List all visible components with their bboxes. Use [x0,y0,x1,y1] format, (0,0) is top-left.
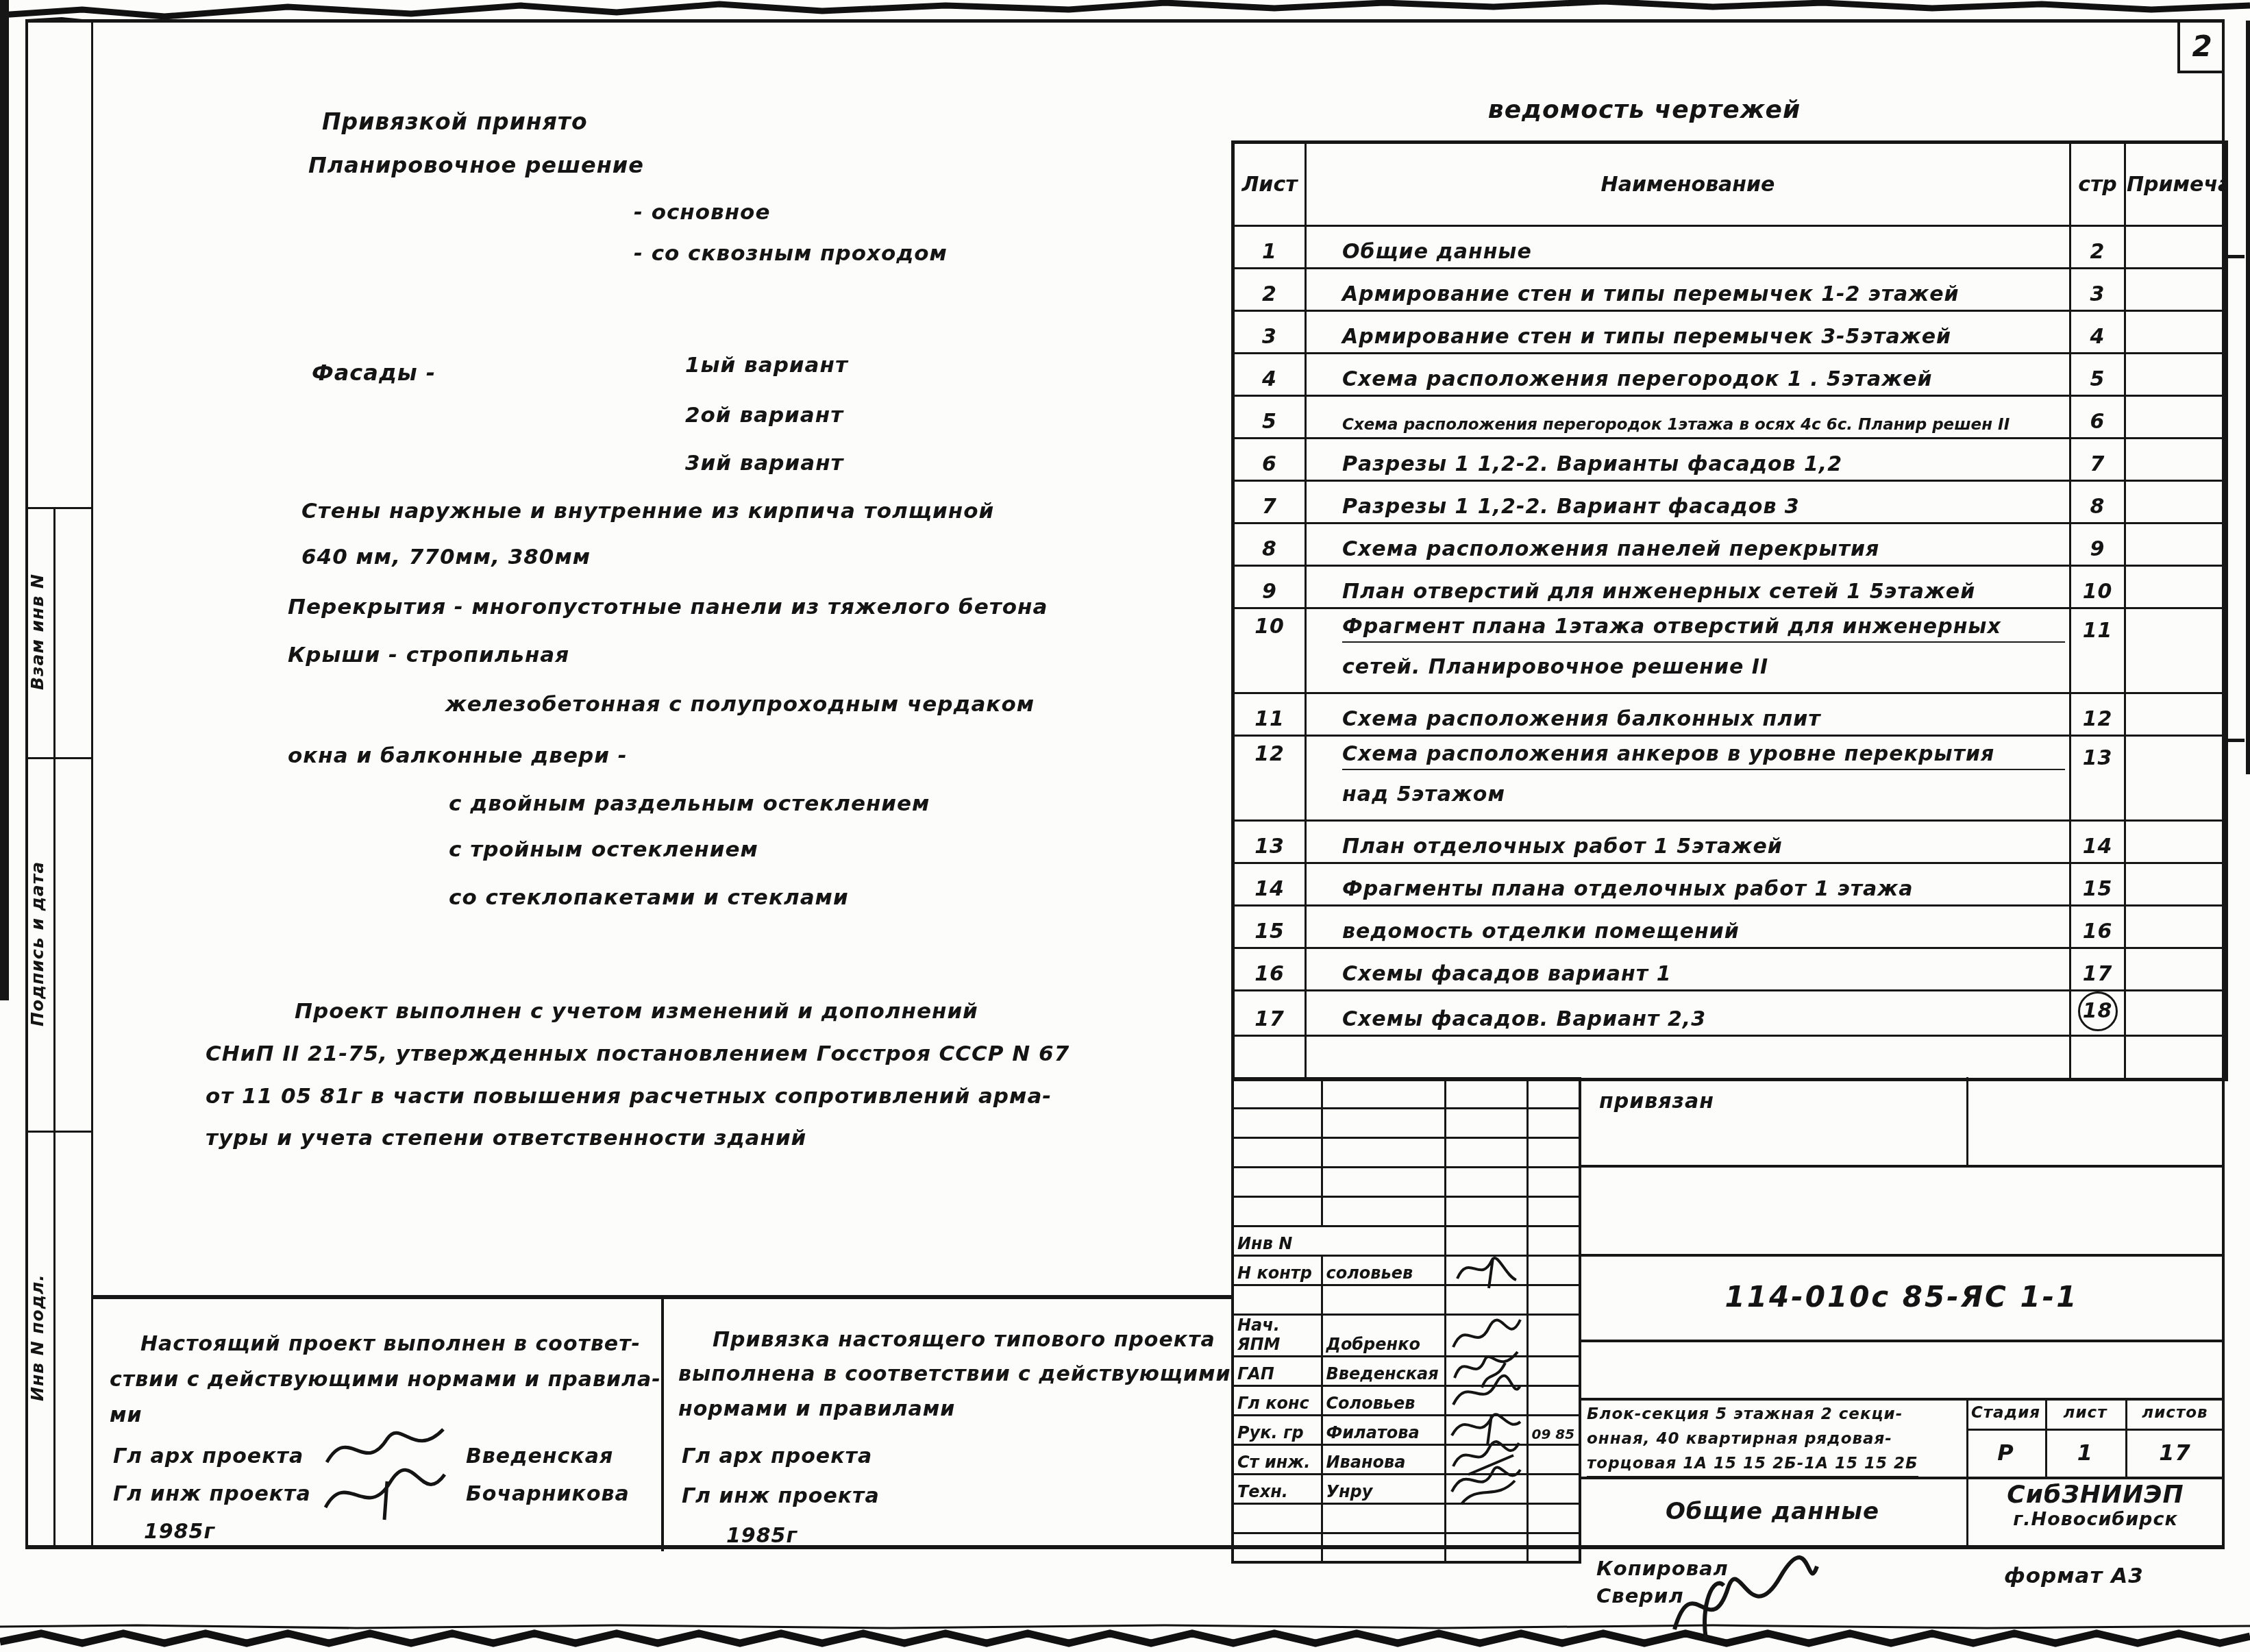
linked-note: привязан [1599,1089,1714,1113]
note-cell [2125,566,2227,608]
page-ref: 17 [2070,948,2125,991]
drawing-name: Схема расположения анкеров в уровне пере… [1306,736,2070,821]
page-ref: 14 [2070,821,2125,863]
floors-note: Перекрытия - многопустотные панели из тя… [288,595,1048,619]
sheet-number: 4 [1233,354,1306,396]
sheet-number: 10 [1233,608,1306,693]
signer-role: Нач. ЯПМ [1233,1314,1322,1356]
page-ref: 13 [2070,736,2125,821]
drawing-name: Общие данные [1306,226,2070,269]
page-ref: 8 [2070,481,2125,523]
notes-title: Привязкой принято [322,108,588,135]
chief-architect-label: Гл арх проекта [113,1444,304,1468]
sheet-number: 14 [1233,863,1306,906]
format-note: формат А3 [2004,1564,2144,1588]
sheet-number: 3 [1233,311,1306,354]
note-cell [2125,439,2227,481]
titleblock-signer-table: Инв N Н контр соловьев Нач. ЯПМ Добренко… [1231,1077,1581,1564]
organization-block: СибЗНИИЭП г.Новосибирск [1966,1477,2225,1551]
signer-name: Добренко [1322,1314,1445,1356]
note-cell [2125,948,2227,991]
note-cell [2125,354,2227,396]
drawing-name: План отделочных работ 1 5этажей [1306,821,2070,863]
signer-name: Иванова [1322,1444,1445,1474]
glazing-option-3: со стеклопакетами и стеклами [449,885,849,910]
planning-option-through: - со сквозным проходом [634,241,948,266]
document-number: 114-010с 85-ЯС 1-1 [1579,1254,2225,1340]
statement-line: Настоящий проект выполнен в соответ- [140,1332,641,1356]
right-tick-2 [2227,739,2245,742]
note-cell [2125,481,2227,523]
signer-role: Рук. гр [1233,1415,1322,1444]
sheet-title: Общие данные [1579,1477,1966,1547]
page-ref: 5 [2070,354,2125,396]
note-cell [2125,863,2227,906]
signer-role: Н контр [1233,1255,1322,1285]
facade-variant-3: 3ий вариант [685,451,844,476]
table-row: 9План отверстий для инженерных сетей 1 5… [1233,566,2227,608]
sheet-number: 12 [1233,736,1306,821]
signer-row: Рук. гр Филатова 09 85 [1233,1415,1580,1444]
signer-role: Техн. [1233,1474,1322,1503]
signer-role: ГАП [1233,1356,1322,1385]
page-ref: 2 [2070,226,2125,269]
header-page: стр [2070,143,2125,226]
note-cell [2125,523,2227,566]
statement-original: Настоящий проект выполнен в соответ- ств… [92,1295,664,1551]
note-cell [2125,608,2227,693]
note-cell [2125,269,2227,311]
project-paragraph-line2: СНиП II 21-75, утвержденных постановлени… [206,1041,1070,1066]
sheet-number: 8 [1233,523,1306,566]
sheet-number: 16 [1233,948,1306,991]
drawing-name: Армирование стен и типы перемычек 1-2 эт… [1306,269,2070,311]
table-row: 6Разрезы 1 1,2-2. Варианты фасадов 1,27 [1233,439,2227,481]
planning-option-main: - основное [634,200,770,225]
note-cell [2125,991,2227,1036]
sheet-number: 2 [1233,269,1306,311]
signer-name: Соловьев [1322,1385,1445,1415]
sidebar-inner-line [53,507,55,1547]
scan-shadow-right [2246,21,2250,774]
sidebar-label-vzam-inv: Взам инв N [27,507,53,757]
drawing-name: Схемы фасадов вариант 1 [1306,948,2070,991]
sheet-value: 1 [2045,1429,2125,1477]
chief-engineer-name: Бочарникова [466,1482,630,1506]
drawing-name: ведомость отделки помещений [1306,906,2070,948]
statement-binding: Привязка настоящего типового проекта вып… [661,1295,1231,1551]
page-ref: 12 [2070,693,2125,736]
table-row: 17Схемы фасадов. Вариант 2,318 [1233,991,2227,1036]
sidebar-label-inv-podl: Инв N подл. [27,1131,53,1545]
drawing-name: Схема расположения перегородок 1 . 5этаж… [1306,354,2070,396]
facade-variant-2: 2ой вариант [685,403,843,428]
drawing-name: Схема расположения перегородок 1этажа в … [1306,396,2070,439]
walls-note-line1: Стены наружные и внутренние из кирпича т… [301,499,994,523]
page-ref: 6 [2070,396,2125,439]
table-row: 4Схема расположения перегородок 1 . 5эта… [1233,354,2227,396]
planning-label: Планировочное решение [308,152,644,178]
table-row: 15ведомость отделки помещений16 [1233,906,2227,948]
table-row: 12 Схема расположения анкеров в уровне п… [1233,736,2227,821]
drawing-name: Фрагменты плана отделочных работ 1 этажа [1306,863,2070,906]
sheet-number: 5 [1233,396,1306,439]
walls-note-line2: 640 мм, 770мм, 380мм [301,545,591,569]
scan-shadow-left [0,0,9,1000]
drawing-name: Фрагмент плана 1этажа отверстий для инже… [1306,608,2070,693]
facade-variant-1: 1ый вариант [685,353,848,378]
signer-row: Техн. Унру [1233,1474,1580,1503]
signer-row: ГАП Введенская [1233,1356,1580,1385]
right-tick-1 [2227,255,2245,258]
sidebar-label-podpis-data: Подпись и дата [27,757,53,1131]
page-ref: 7 [2070,439,2125,481]
note-cell [2125,226,2227,269]
page-ref: 15 [2070,863,2125,906]
statement-line: выполнена в соответствии с действующими [678,1362,1231,1386]
drawings-table-header-row: Лист Наименование стр Примечан [1233,143,2227,226]
object-description: Блок-секция 5 этажная 2 секци- онная, 40… [1587,1402,1962,1478]
statement-line: ми [110,1403,143,1427]
signature [1665,1547,1822,1643]
table-row: 1Общие данные2 [1233,226,2227,269]
signature [1445,1474,1527,1503]
table-row: 11Схема расположения балконных плит12 [1233,693,2227,736]
signer-name: соловьев [1322,1255,1445,1285]
roofs-note-cont: железобетонная с полупроходным чердаком [445,692,1035,717]
sheet-number: 6 [1233,439,1306,481]
chief-architect-name: Введенская [466,1444,613,1468]
table-row: 7Разрезы 1 1,2-2. Вариант фасадов 38 [1233,481,2227,523]
sheets-header: листов [2125,1398,2225,1429]
organization-city: г.Новосибирск [1966,1509,2225,1530]
project-paragraph-line3: от 11 05 81г в части повышения расчетных… [206,1084,1052,1109]
page-ref: 16 [2070,906,2125,948]
sheet-number: 7 [1233,481,1306,523]
statement-year: 1985г [144,1520,215,1544]
drawings-table: Лист Наименование стр Примечан 1Общие да… [1231,140,2228,1081]
stage-header: Стадия [1966,1398,2045,1429]
drawing-name: Схема расположения панелей перекрытия [1306,523,2070,566]
glazing-option-1: с двойным раздельным остеклением [449,791,930,816]
page-ref: 9 [2070,523,2125,566]
statement-year: 1985г [726,1524,798,1548]
table-row: 8Схема расположения панелей перекрытия9 [1233,523,2227,566]
drawing-name: Разрезы 1 1,2-2. Вариант фасадов 3 [1306,481,2070,523]
page-ref: 11 [2070,608,2125,693]
signature [319,1462,449,1524]
page-ref: 10 [2070,566,2125,608]
signer-name: Введенская [1322,1356,1445,1385]
page-ref: 3 [2070,269,2125,311]
sheet-number: 15 [1233,906,1306,948]
table-row: 16Схемы фасадов вариант 117 [1233,948,2227,991]
torn-edge-bottom [0,1623,2250,1652]
sheet-header: лист [2045,1398,2125,1429]
header-name: Наименование [1306,143,2070,226]
chief-architect-label: Гл арх проекта [682,1444,872,1468]
drawing-name: План отверстий для инженерных сетей 1 5э… [1306,566,2070,608]
sheet-number: 17 [1233,991,1306,1036]
statement-line: ствии с действующими нормами и правила- [110,1368,661,1392]
note-cell [2125,396,2227,439]
sheet-number: 9 [1233,566,1306,608]
sheet-number: 13 [1233,821,1306,863]
frame-top [25,19,2225,23]
table-row: 5Схема расположения перегородок 1этажа в… [1233,396,2227,439]
sheet-number: 11 [1233,693,1306,736]
signer-role: Гл конс [1233,1385,1322,1415]
statement-line: Привязка настоящего типового проекта [713,1328,1215,1352]
table-row: 3Армирование стен и типы перемычек 3-5эт… [1233,311,2227,354]
note-cell [2125,736,2227,821]
page-ref: 4 [2070,311,2125,354]
page-ref: 18 [2070,991,2125,1036]
signer-row: Ст инж. Иванова [1233,1444,1580,1474]
page-number: 2 [2192,29,2212,63]
organization-name: СибЗНИИЭП [1966,1481,2225,1509]
table-row: 10 Фрагмент плана 1этажа отверстий для и… [1233,608,2227,693]
sheets-value: 17 [2125,1429,2225,1477]
statement-line: нормами и правилами [678,1397,955,1421]
header-sheet: Лист [1233,143,1306,226]
note-cell [2125,311,2227,354]
glazing-option-2: с тройным остеклением [449,837,758,862]
signer-role: Ст инж. [1233,1444,1322,1474]
signer-name: Унру [1322,1474,1445,1503]
note-cell [2125,821,2227,863]
project-paragraph-line4: туры и учета степени ответственности зда… [206,1126,806,1150]
signer-row: Нач. ЯПМ Добренко [1233,1314,1580,1356]
inv-number-label: Инв N [1233,1226,1445,1255]
circled-page-number: 18 [2078,991,2118,1031]
signature [1445,1255,1527,1285]
chief-engineer-label: Гл инж проекта [113,1482,311,1506]
note-cell [2125,906,2227,948]
windows-label: окна и балконные двери - [288,743,628,768]
project-paragraph-line1: Проект выполнен с учетом изменений и доп… [295,999,978,1024]
table-row: 13План отделочных работ 1 5этажей14 [1233,821,2227,863]
drawing-name: Армирование стен и типы перемычек 3-5эта… [1306,311,2070,354]
table-row: 14Фрагменты плана отделочных работ 1 эта… [1233,863,2227,906]
page-number-box: 2 [2177,23,2225,73]
table-row-empty [1233,1036,2227,1080]
signer-row: Гл конс Соловьев [1233,1385,1580,1415]
drawing-name: Схемы фасадов. Вариант 2,3 [1306,991,2070,1036]
sheet-number: 1 [1233,226,1306,269]
signer-row: Н контр соловьев [1233,1255,1580,1285]
note-cell [2125,693,2227,736]
drawings-table-title: ведомость чертежей [1302,96,1987,124]
stage-value: Р [1966,1429,2045,1477]
scanned-drawing-sheet: 2 Взам инв N Подпись и дата Инв N подл. … [0,0,2250,1652]
roofs-note: Крыши - стропильная [288,643,569,667]
titleblock-right-area: привязан 114-010с 85-ЯС 1-1 Блок-секция … [1579,1077,2225,1547]
drawing-name: Схема расположения балконных плит [1306,693,2070,736]
chief-engineer-label: Гл инж проекта [682,1484,880,1508]
drawing-name: Разрезы 1 1,2-2. Варианты фасадов 1,2 [1306,439,2070,481]
signer-name: Филатова [1322,1415,1445,1444]
signature-date: 09 85 [1527,1415,1580,1444]
header-note: Примечан [2125,143,2227,226]
facades-label: Фасады - [312,360,436,386]
table-row: 2Армирование стен и типы перемычек 1-2 э… [1233,269,2227,311]
